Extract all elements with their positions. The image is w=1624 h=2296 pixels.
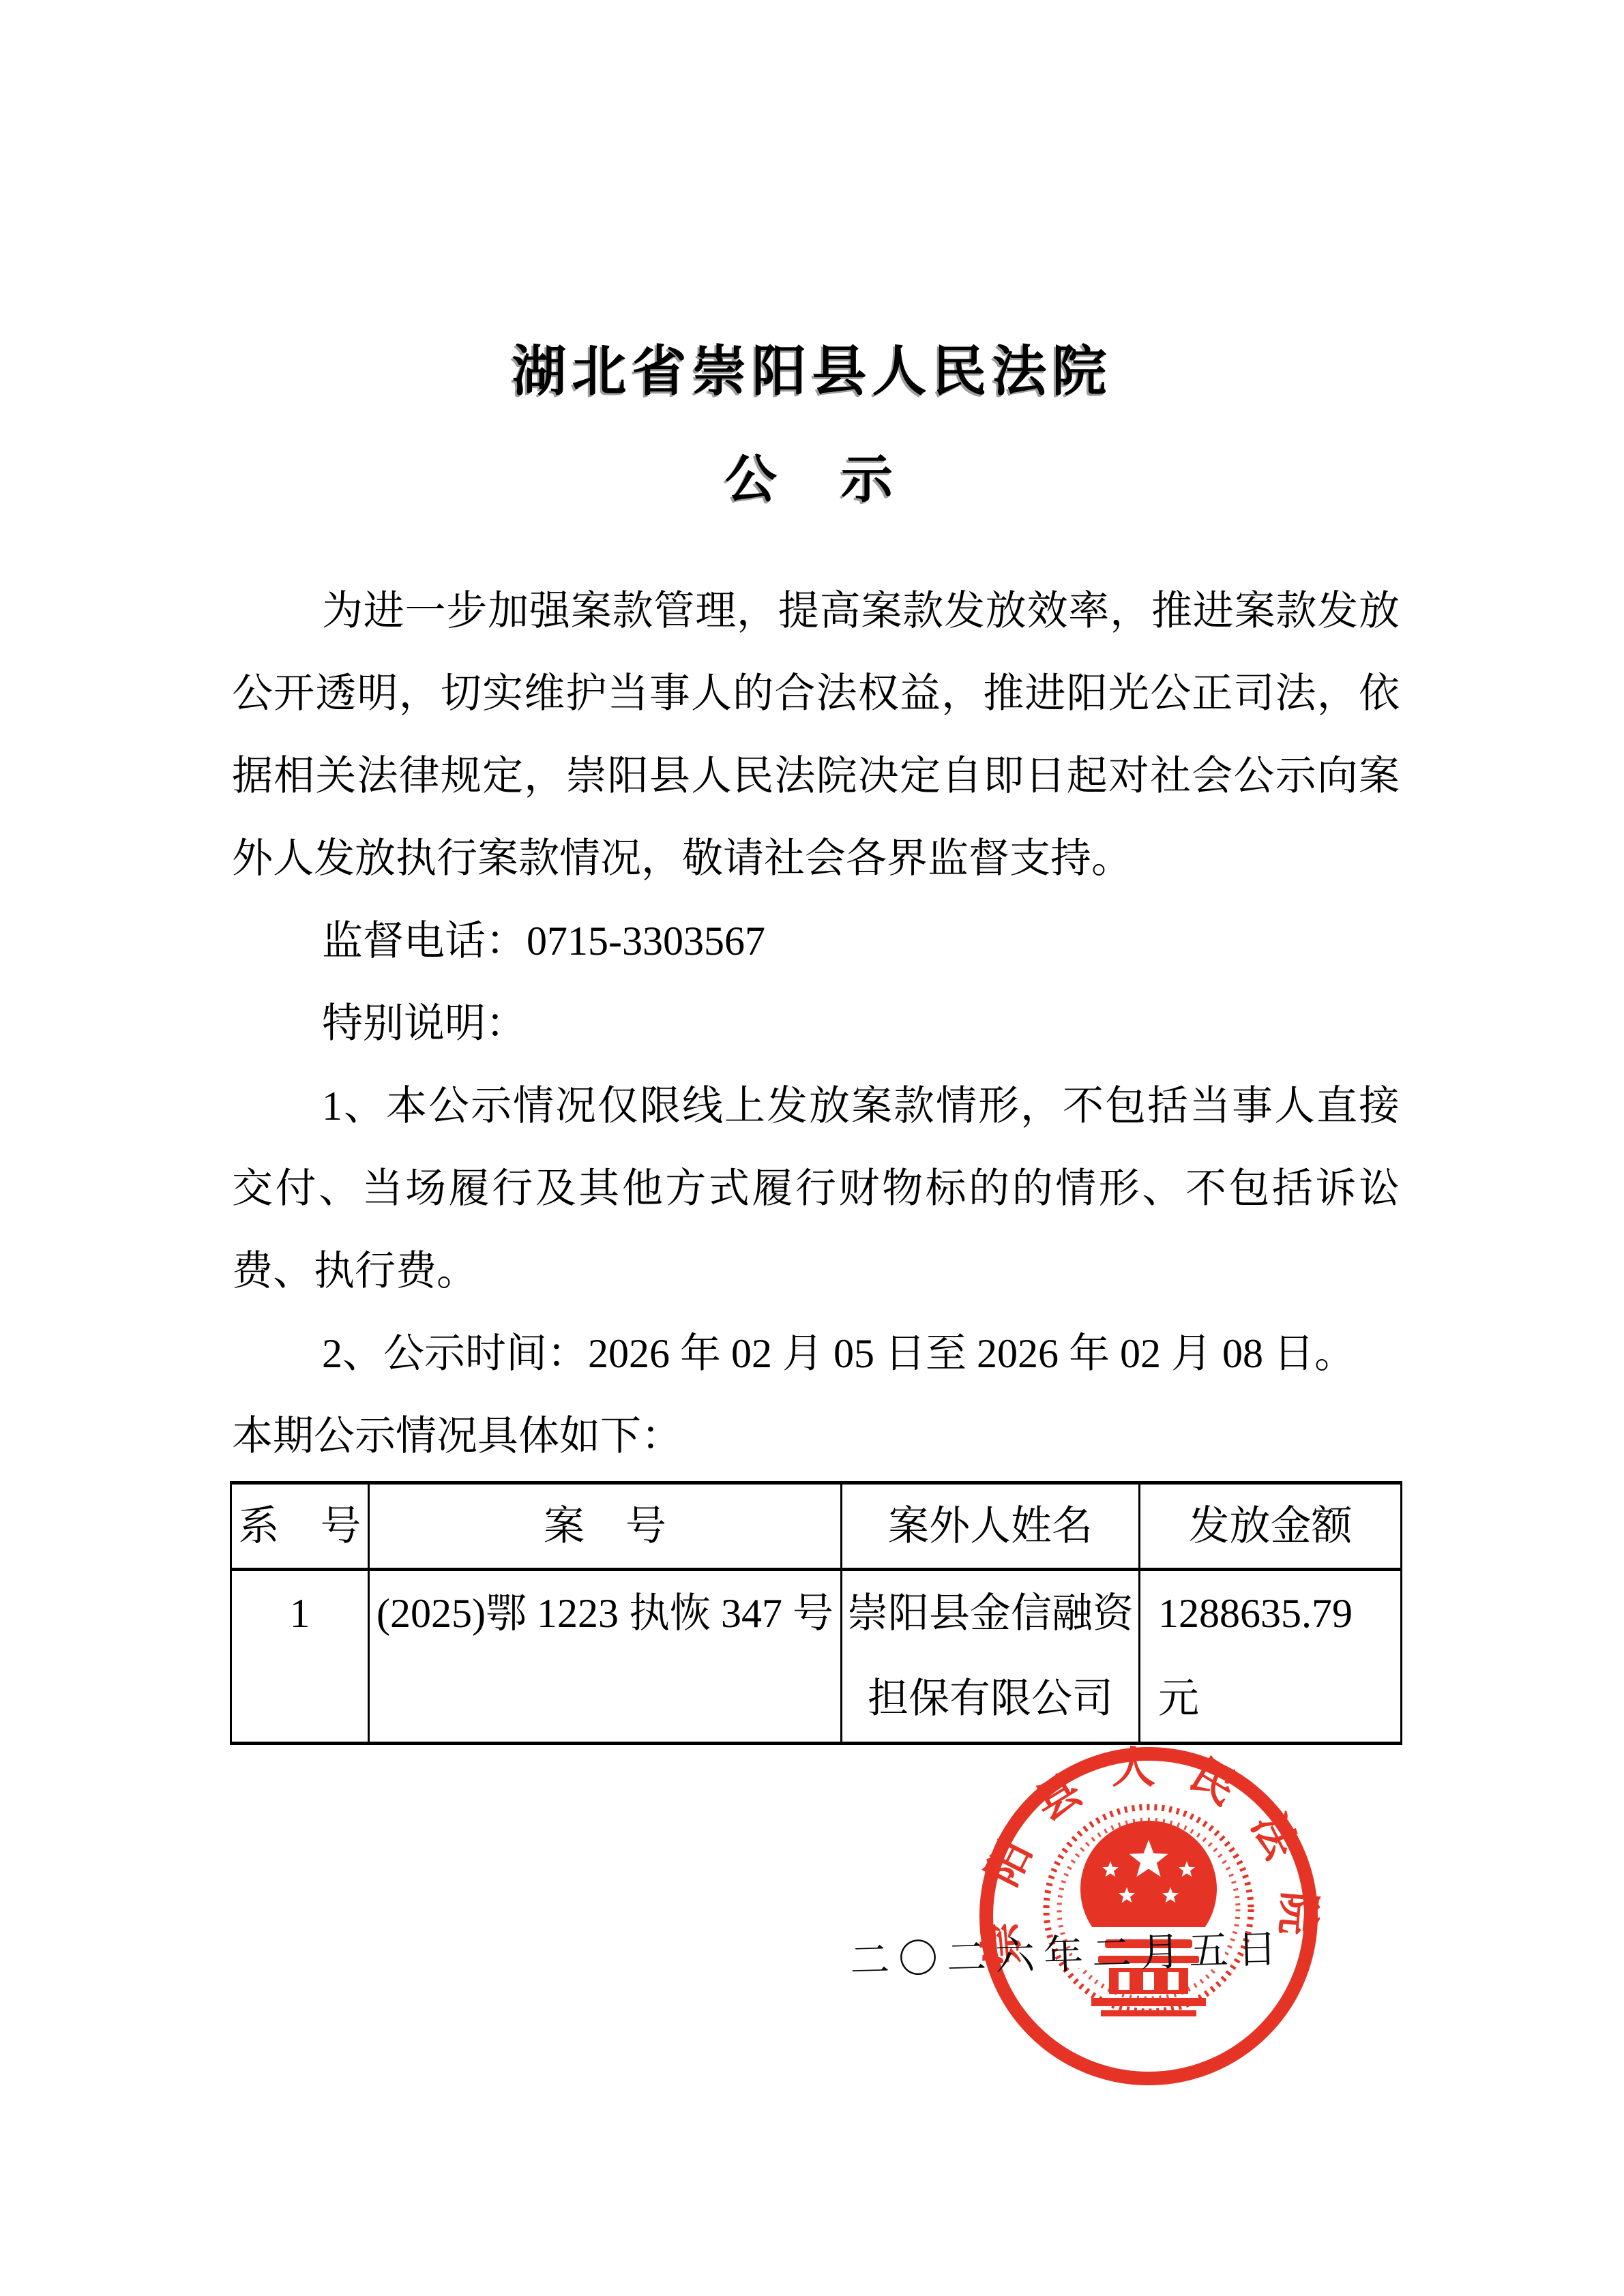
table-cell-payee-name: 崇阳县金信融资担保有限公司 [842, 1570, 1140, 1744]
table-cell-case-number: (2025)鄂 1223 执恢 347 号 [369, 1570, 842, 1744]
announcement-body: 为进一步加强案款管理，提高案款发放效率，推进案款发放公开透明，切实维护当事人的合… [232, 570, 1400, 1478]
table-header-amount: 发放金额 [1140, 1483, 1402, 1570]
paragraph-special-note-heading: 特别说明： [232, 983, 1400, 1065]
table-cell-serial-number: 1 [231, 1570, 369, 1744]
table-header-payee-name: 案外人姓名 [842, 1483, 1140, 1570]
table-header-row: 系 号 案 号 案外人姓名 发放金额 [231, 1483, 1402, 1570]
issue-date: 二〇二六年二月五日 [849, 1916, 1286, 1986]
national-emblem-icon [1046, 1807, 1251, 2016]
paragraph-note-2-period: 2、公示时间：2026 年 02 月 05 日至 2026 年 02 月 08 … [232, 1313, 1400, 1395]
paragraph-supervision-phone: 监督电话：0715-3303567 [232, 900, 1400, 983]
paragraph-note-1: 1、本公示情况仅限线上发放案款情形，不包括当事人直接交付、当场履行及其他方式履行… [232, 1065, 1400, 1313]
announcement-table: 系 号 案 号 案外人姓名 发放金额 1 (2025)鄂 1223 执恢 347… [230, 1481, 1402, 1745]
page-title: 湖北省崇阳县人民法院 [0, 345, 1624, 400]
page-subtitle: 公 示 [0, 454, 1624, 506]
table-header-case-number: 案 号 [369, 1483, 842, 1570]
paragraph-intro: 为进一步加强案款管理，提高案款发放效率，推进案款发放公开透明，切实维护当事人的合… [232, 570, 1400, 900]
table-cell-amount: 1288635.79 元 [1140, 1570, 1402, 1744]
table-header-serial-number: 系 号 [231, 1483, 369, 1570]
table-row: 1 (2025)鄂 1223 执恢 347 号 崇阳县金信融资担保有限公司 12… [231, 1570, 1402, 1744]
paragraph-table-lead-in: 本期公示情况具体如下： [232, 1395, 1400, 1478]
court-announcement-page: 湖北省崇阳县人民法院 公 示 为进一步加强案款管理，提高案款发放效率，推进案款发… [0, 0, 1624, 2296]
